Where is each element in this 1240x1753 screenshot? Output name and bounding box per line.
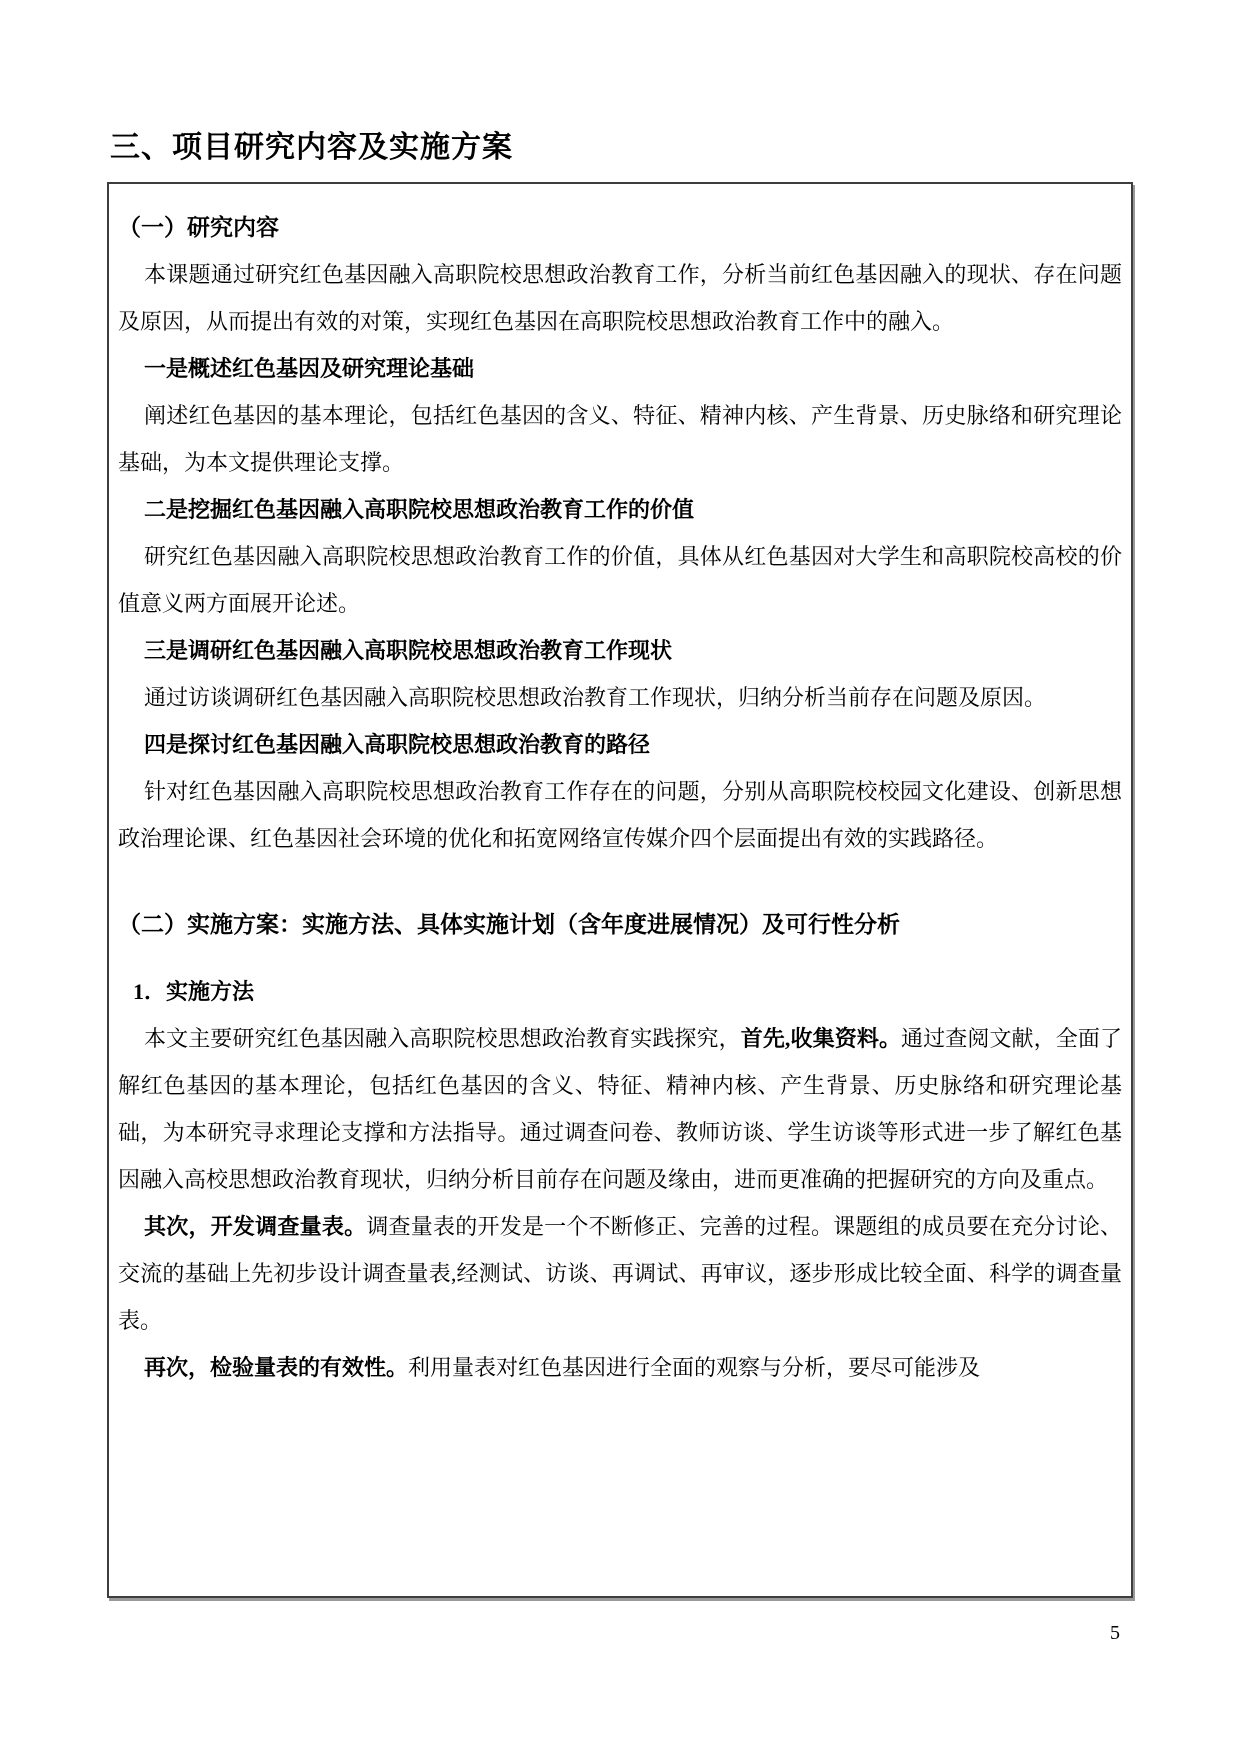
heading-research-content: （一）研究内容: [118, 204, 1122, 251]
heading-implementation-plan: （二）实施方案：实施方法、具体实施计划（含年度进展情况）及可行性分析: [118, 901, 1122, 948]
document-page: { "page": { "title": "三、项目研究内容及实施方案", "p…: [0, 0, 1240, 1753]
method-para-develop-scale: 其次，开发调查量表。调查量表的开发是一个不断修正、完善的过程。课题组的成员要在充…: [118, 1203, 1122, 1344]
method-para-collect-data: 本文主要研究红色基因融入高职院校思想政治教育实践探究，首先,收集资料。通过查阅文…: [118, 1015, 1122, 1203]
heading-item1-overview-red-gene: 一是概述红色基因及研究理论基础: [118, 345, 1122, 392]
method-para-validate-scale: 再次，检验量表的有效性。利用量表对红色基因进行全面的观察与分析，要尽可能涉及: [118, 1344, 1122, 1391]
item4-para: 针对红色基因融入高职院校思想政治教育工作存在的问题，分别从高职院校校园文化建设、…: [118, 768, 1122, 862]
method-para-3-rest: 利用量表对红色基因进行全面的观察与分析，要尽可能涉及: [408, 1355, 980, 1380]
item3-para: 通过访谈调研红色基因融入高职院校思想政治教育工作现状，归纳分析当前存在问题及原因…: [118, 674, 1122, 721]
heading-item3-survey-status: 三是调研红色基因融入高职院校思想政治教育工作现状: [118, 627, 1122, 674]
method-para-3-bold: 再次，检验量表的有效性。: [144, 1355, 408, 1380]
content-box: （一）研究内容 本课题通过研究红色基因融入高职院校思想政治教育工作，分析当前红色…: [107, 182, 1133, 1598]
item2-para: 研究红色基因融入高职院校思想政治教育工作的价值，具体从红色基因对大学生和高职院校…: [118, 533, 1122, 627]
research-content-intro-para: 本课题通过研究红色基因融入高职院校思想政治教育工作，分析当前红色基因融入的现状、…: [118, 251, 1122, 345]
method-para-2-bold: 其次，开发调查量表。: [144, 1214, 366, 1239]
page-number: 5: [1110, 1622, 1120, 1645]
heading-item2-value: 二是挖掘红色基因融入高职院校思想政治教育工作的价值: [118, 486, 1122, 533]
method-para-1-bold: 首先,收集资料。: [741, 1026, 901, 1051]
heading-item4-path: 四是探讨红色基因融入高职院校思想政治教育的路径: [118, 721, 1122, 768]
item1-para: 阐述红色基因的基本理论，包括红色基因的含义、特征、精神内核、产生背景、历史脉络和…: [118, 392, 1122, 486]
section-title: 三、项目研究内容及实施方案: [110, 122, 513, 166]
method-para-1-lead: 本文主要研究红色基因融入高职院校思想政治教育实践探究，: [144, 1026, 741, 1051]
heading-implementation-method: 1．实施方法: [118, 968, 1122, 1015]
